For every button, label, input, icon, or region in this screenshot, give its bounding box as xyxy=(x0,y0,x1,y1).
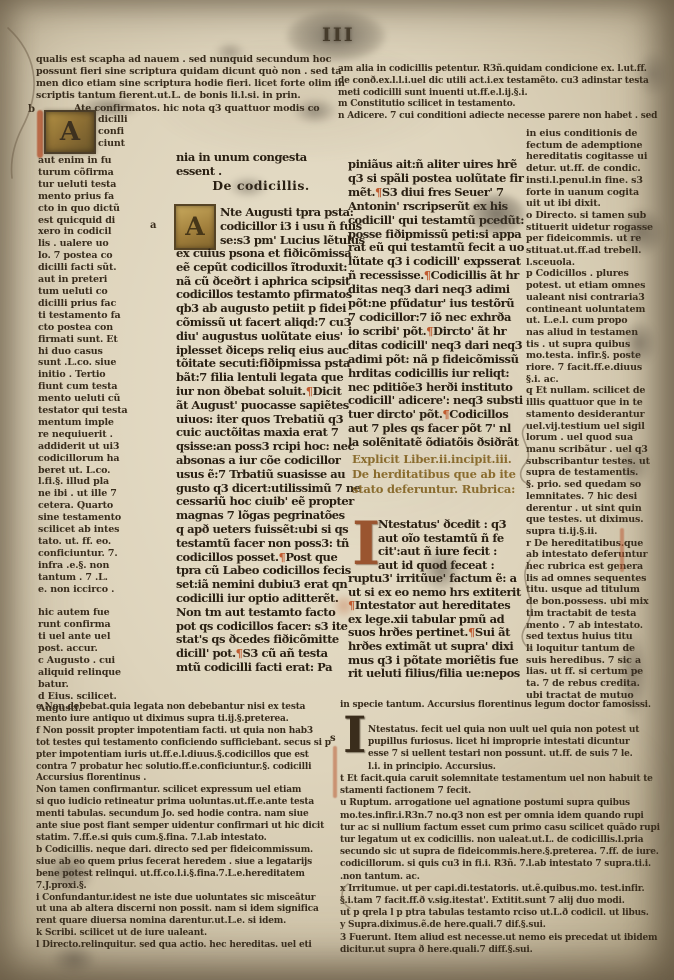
text-line: addiderit ut ui3 xyxy=(38,441,170,453)
text-line: stato deferuntur. Rubrica: xyxy=(352,482,518,497)
manuscript-page: III qualis est scapha ad nauem . sed nun… xyxy=(0,0,674,980)
text-line: derentur . ut sint quin xyxy=(526,503,666,515)
text-line: .non tantum. ac. xyxy=(340,871,666,883)
text-line: i Confundantur.idest ne iste due uolunta… xyxy=(36,893,354,905)
text-line: io scribi' põt.¶Dircto' ãt hr xyxy=(348,325,518,339)
text-line: infra .e.§. non xyxy=(38,560,170,572)
text-line: ut si ex eo nemo hrs extiterit xyxy=(348,586,518,600)
text-line: supra de testamentis. xyxy=(526,467,666,479)
column2-text-top: piniãus ait:ñ aliter uires hrẽq3 si spãl… xyxy=(348,158,518,450)
text-line: detur. ut.ff. de condic. xyxy=(526,163,666,175)
corner-flourish xyxy=(8,28,34,178)
text-line: cessariũ hoc ciuib' eẽ propter xyxy=(176,495,346,509)
text-line: dicilli xyxy=(98,114,127,126)
bottom-right-gloss-indented: Ntestatus. fecit uel quia non uult uel q… xyxy=(340,724,666,773)
text-line: contra 7 probatur hec solutio.ff.e.confi… xyxy=(36,762,354,774)
text-line: la solẽnitatẽ õdiatõis ðsiðrãt xyxy=(348,436,518,450)
text-line: gusto q3 dicert:utilissimũ 7 ne xyxy=(176,482,346,496)
text-line: mentum imple xyxy=(38,417,170,429)
text-line: mẽt.¶S3 diui fres Seuer' 7 xyxy=(348,186,518,200)
text-line: hrðes extimãt ut supra' dixi xyxy=(348,640,518,654)
text-line: e. non iccirco . xyxy=(38,584,170,596)
text-line: ditas neq3 dari neq3 adimi xyxy=(348,283,518,297)
text-line: ti uel ante uel xyxy=(38,631,170,643)
text-line: ut p qrela l p ptra tabulas testamto rci… xyxy=(340,907,666,919)
text-line: de conð.ex.l.l.i.uel dic utili act.i.ex … xyxy=(338,76,668,88)
text-line: 7.J.proxi.§. xyxy=(36,881,354,893)
text-line: aut in preteri xyxy=(38,274,170,286)
top-left-gloss: qualis est scapha ad nauem . sed nunquid… xyxy=(36,54,348,102)
text-line: tur ac si nullium factum esset cum primo… xyxy=(340,822,666,834)
text-line: t Et facit.quia caruit solemnitate testa… xyxy=(340,773,666,785)
text-line: u Ruptum. arrogatione uel agnatione post… xyxy=(340,797,666,809)
text-line: suis heredibus. 7 sic a xyxy=(526,655,666,667)
text-line: esse 7 si uellent testari non possunt. u… xyxy=(368,748,666,760)
text-line: 3 Fuerunt. Item aliud est necesse.ut nem… xyxy=(340,932,666,944)
gloss-wrap-lines: dicilliconficiunt xyxy=(98,114,127,150)
text-line: supra ti.ij.§.ii. xyxy=(526,526,666,538)
text-line: men dico etiam sine scriptura hodie fier… xyxy=(36,78,348,90)
text-line: piniãus ait:ñ aliter uires hrẽ xyxy=(348,158,518,172)
text-line: sine testamento xyxy=(38,512,170,524)
text-line: runt confirma xyxy=(38,619,170,631)
text-line: set:iã nemini dubiu3 erat qn xyxy=(176,578,346,592)
text-line: ante siue post fiant semper uidentur con… xyxy=(36,821,354,833)
text-line: hrditas codicillis iur reliqt: xyxy=(348,367,518,381)
gloss-siglum-a: a xyxy=(150,220,156,231)
text-line: am alia in codicillis petentur. R3ñ.quid… xyxy=(338,64,668,76)
text-line: menti tabulas. secundum Jo. sed hodie co… xyxy=(36,809,354,821)
column1-indented-text: Nte Augusti tpra psta:codicillor i3 i us… xyxy=(176,206,346,247)
text-line: aut 7 ples qs facer põt 7' nl xyxy=(348,422,518,436)
text-line: ti testamento fa xyxy=(38,310,170,322)
red-pen-stroke xyxy=(333,746,337,798)
text-line: Non tm aut testamto facto xyxy=(176,606,346,620)
text-line: põt:ne pfũdatur' ius testõrũ xyxy=(348,297,518,311)
text-line: conficiuntur. 7. xyxy=(38,548,170,560)
text-line: r De hereditatibus.que xyxy=(526,538,666,550)
text-line: fectum de ademptione xyxy=(526,140,666,152)
text-line: pot qs codicillos facer: s3 ite xyxy=(176,620,346,634)
text-line: eẽ cepũt codicillos ĩtroduxit: xyxy=(176,261,346,275)
text-line: ex cuius psona et fiðicõmissa xyxy=(176,247,346,261)
text-line: per fideicommis. ut re xyxy=(526,233,666,245)
text-line: lemnitates. 7 hic desi xyxy=(526,491,666,503)
text-line: pter impotentiam iuris ut.ff.e.l.diuus.§… xyxy=(36,750,354,762)
text-line: sunt .L.co. siue xyxy=(38,357,170,369)
text-line: meti codicilli sunt inuenti ut.ff.e.l.ij… xyxy=(338,88,668,100)
text-line: secundo sic ut supra de fideicommis.here… xyxy=(340,846,666,858)
text-line: rent quare diuersa nomina darentur.ut.L.… xyxy=(36,916,354,928)
bottom-left-gloss: e Non debebat.quia legata non debebantur… xyxy=(36,702,354,952)
text-line: li loquitur tantum de xyxy=(526,643,666,655)
text-line: k Scribi. scilicet ut de iure ualeant. xyxy=(36,928,354,940)
text-line: 7 codicillor:7 iõ nec exhrða xyxy=(348,311,518,325)
text-line: lorum . uel quod sua xyxy=(526,432,666,444)
text-line: que testes. ut diximus. xyxy=(526,514,666,526)
text-line: possunt fieri sine scriptura quidam dicu… xyxy=(36,66,348,78)
text-line: mo.testa. infir.§. poste xyxy=(526,350,666,362)
text-line: mento iure antiquo ut diximus supra ti.i… xyxy=(36,714,354,726)
text-line: confi xyxy=(98,126,127,138)
text-line: qsisse:an poss3 rcipi hoc: nec xyxy=(176,440,346,454)
text-line: subscribantur testes. ut xyxy=(526,456,666,468)
text-line: l.i. in principio. Accursius. xyxy=(368,761,666,773)
right-margin-gloss: in eius conditionis defectum de ademptio… xyxy=(526,128,666,701)
text-line: iur non ðbebat soluit.¶Dicit xyxy=(176,385,346,399)
text-line: ãt August' puocasse sapiẽtes xyxy=(176,399,346,413)
text-line: tum ueluti co xyxy=(38,286,170,298)
text-line: tur ueluti testa xyxy=(38,179,170,191)
text-line: potest. ut etiam omnes xyxy=(526,280,666,292)
column2-text-bottom: ruptu3' irritũue' factum ẽ: aut si ex eo… xyxy=(348,572,518,681)
text-line: o Directo. si tamen sub xyxy=(526,210,666,222)
text-line: riore. 7 facit.ff.e.diuus xyxy=(526,362,666,374)
text-line: nec pditiõe3 herði instituto xyxy=(348,381,518,395)
bottom-right-gloss-intro: in specie tantum. Accursius florentinus … xyxy=(340,700,666,710)
text-line: ut una ab altera discerni non possit. na… xyxy=(36,904,354,916)
text-line: lũtate q3 i codicill' expsserat xyxy=(348,255,518,269)
text-line: fiunt cum testa xyxy=(38,381,170,393)
text-line: hic autem fue xyxy=(38,607,170,619)
text-line: insti.l.penul.in fine. s3 xyxy=(526,175,666,187)
text-line: mus q3 i põtate moriẽtis fue xyxy=(348,654,518,668)
text-line: stituat.ut.ff.ad trebell. xyxy=(526,245,666,257)
text-line: Accursius florentinus . xyxy=(36,773,354,785)
text-line: firmati sunt. Et xyxy=(38,334,170,346)
text-line: initio . Tertio xyxy=(38,369,170,381)
text-line: codicilli iur optio aditterẽt. xyxy=(176,592,346,606)
top-right-gloss: am alia in codicillis petentur. R3ñ.quid… xyxy=(338,64,668,123)
gloss-siglum-s: s xyxy=(330,733,336,744)
text-line: mtũ codicilli facti erat: Pa xyxy=(176,661,346,675)
text-line: testator qui testa xyxy=(38,405,170,417)
text-line: d Eius. scilicet. xyxy=(38,691,170,703)
text-line: absonas a iur cõe codicillor xyxy=(176,454,346,468)
initial-red-bar xyxy=(37,110,43,158)
text-line: ciunt xyxy=(98,138,127,150)
text-line: Explicit Liber.ii.incipit.iii. xyxy=(352,452,518,467)
text-line: rit ueluti filius/filia ue:nepos xyxy=(348,667,518,681)
text-line: Non tamen confirmantur. scilicet express… xyxy=(36,785,354,797)
text-line: mento ueluti cũ xyxy=(38,393,170,405)
text-line: cõmissũ ut facert aliqd:7 cu3 xyxy=(176,316,346,330)
text-line: aut enim in fu xyxy=(38,155,170,167)
text-line xyxy=(38,596,170,608)
text-line: tpra cũ Labeo codicillos fecis xyxy=(176,564,346,578)
text-line: ruptu3' irritũue' factum ẽ: a xyxy=(348,572,518,586)
text-line: tim tractabit de testa xyxy=(526,608,666,620)
text-line: b Codicillis. neque dari. directo sed pe… xyxy=(36,845,354,857)
text-line: mento prius fa xyxy=(38,191,170,203)
text-line: aliquid relinque xyxy=(38,667,170,679)
text-line: codicillorum ha xyxy=(38,453,170,465)
column1-heading: De codicillis. xyxy=(176,178,346,193)
text-line: codicill' qui testamtũ pcedũt: xyxy=(348,214,518,228)
text-line: re nequiuerit . xyxy=(38,429,170,441)
text-line: titu. usque ad titulum xyxy=(526,584,666,596)
text-line: si quo iudicio retineatur prima uoluntas… xyxy=(36,797,354,809)
text-line: qualis est scapha ad nauem . sed nunquid… xyxy=(36,54,348,66)
text-line: stamento desiderantur xyxy=(526,409,666,421)
text-line: forte in uanum cogita xyxy=(526,187,666,199)
text-line: ta. 7 de rebus credita. xyxy=(526,678,666,690)
text-line: scilicet ab intes xyxy=(38,524,170,536)
text-line: ñ recessisse.¶Codicillis ãt hr xyxy=(348,269,518,283)
text-line: contineant uoluntatem xyxy=(526,304,666,316)
text-line: lis . ualere uo xyxy=(38,238,170,250)
text-line: testamtũ facer non poss3: tñ xyxy=(176,537,346,551)
text-line: m Constitutio scilicet in testamento. xyxy=(338,99,668,111)
text-line: l.sceuola. xyxy=(526,257,666,269)
text-line: tuer dircto' põt.¶Codicillos xyxy=(348,408,518,422)
text-line: Ntestatus. fecit uel quia non uult uel q… xyxy=(368,724,666,736)
text-line: posse fiðipmissũ peti:si appa xyxy=(348,228,518,242)
text-line: in eius conditionis de xyxy=(526,128,666,140)
text-line: uit ut ibi dixit. xyxy=(526,198,666,210)
text-line: De herditatibus que ab ite xyxy=(352,467,518,482)
text-line: lias. ut ff. si certum pe xyxy=(526,666,666,678)
text-line: uiuos: iter quos Trebatiũ q3 xyxy=(176,413,346,427)
text-line: ut. L.e.l. cum propo xyxy=(526,315,666,327)
text-line: q apð ueters fuissẽt:ubi si qs xyxy=(176,523,346,537)
column1-text: ex cuius psona et fiðicõmissaeẽ cepũt co… xyxy=(176,247,346,675)
text-line: ex lege.xii tabular pmũ ad xyxy=(348,613,518,627)
text-line: n Adicere. 7 cui conditioni adiecte nece… xyxy=(338,111,668,123)
text-line: codicillor i3 i usu ñ fuis xyxy=(220,220,346,234)
text-line: q3 si spãli postea uolũtate fir xyxy=(348,172,518,186)
text-line: bãt:7 filia lentuli legata que xyxy=(176,371,346,385)
text-line: codicill' adicere': neq3 substi xyxy=(348,394,518,408)
text-line: hi duo casus xyxy=(38,346,170,358)
text-line: stamenti factionem 7 fecit. xyxy=(340,785,666,797)
text-line: usus ẽ:7 Trbatiũ suasisse au xyxy=(176,468,346,482)
text-line: Antonin' rscripserũt ex his xyxy=(348,200,518,214)
text-line: pupillus furiosus. licet hi improprie in… xyxy=(368,736,666,748)
text-line: codicillos testamto pfirmatos xyxy=(176,288,346,302)
text-line: cetera. Quarto xyxy=(38,500,170,512)
text-line: §.i. ac. xyxy=(526,374,666,386)
text-line: nã cũ ðceðrt i aphrica scipsit xyxy=(176,275,346,289)
text-line: adimi põt: nã p fideicõmissũ xyxy=(348,353,518,367)
text-line: ualeant nisi contraria3 xyxy=(526,292,666,304)
text-line: Ntestatus' ðcedit : q3 xyxy=(378,518,518,532)
text-line: c Augusto . cui xyxy=(38,655,170,667)
text-line: statim. 7.ff.e.si quis cum.§.fina. 7.l.a… xyxy=(36,833,354,845)
left-margin-gloss: aut enim in futurum cõfirmatur ueluti te… xyxy=(38,155,170,715)
text-line: beret ut. L.co. xyxy=(38,465,170,477)
text-line: Nte Augusti tpra psta: xyxy=(220,206,346,220)
text-line: tot testes qui testamento conficiendo su… xyxy=(36,738,354,750)
text-line: lo. 7 postea co xyxy=(38,250,170,262)
text-line: stituerit uidetur rogasse xyxy=(526,222,666,234)
text-line: dicilli prius fac xyxy=(38,298,170,310)
text-line: cit':aut ñ iure fecit : xyxy=(378,545,518,559)
text-line: dicill' pot.¶S3 cũ añ testa xyxy=(176,647,346,661)
text-line: de bon.possess. ubi mix xyxy=(526,596,666,608)
text-line: tur legatum ut ex codicillis. non ualeat… xyxy=(340,834,666,846)
text-line: siue ab eo quem prius fecerat heredem . … xyxy=(36,857,354,869)
text-line: q Et nullam. scilicet de xyxy=(526,385,666,397)
text-line: codicillorum. si quis cu3 in fi.i. R3ñ. … xyxy=(340,858,666,870)
text-line: x Irritumue. ut per capi.di.testatoris. … xyxy=(340,883,666,895)
illuminated-initial-a-gloss: A xyxy=(44,110,96,154)
text-line: hec rubrica est genera xyxy=(526,561,666,573)
bottom-right-gloss-text: t Et facit.quia caruit solemnitate testa… xyxy=(340,773,666,956)
text-line: nas aliud in testamen xyxy=(526,327,666,339)
red-pen-stroke xyxy=(620,528,624,572)
text-line: ne ibi . ut ille 7 xyxy=(38,488,170,500)
text-line: ab intestato deferuntur xyxy=(526,549,666,561)
text-line: bene potest relinqui. ut.ff.co.l.i.§.fin… xyxy=(36,869,354,881)
text-line: stat's qs ðcedes fiðicõmitte xyxy=(176,633,346,647)
text-line: illis quattuor que in te xyxy=(526,397,666,409)
text-line: §.i.tam 7 facit.ff.ð v.sig.itestat'. Ext… xyxy=(340,895,666,907)
text-line: qb3 ab augusto petiit p fidei xyxy=(176,302,346,316)
text-line: batur. xyxy=(38,679,170,691)
text-line: l Directo.relinquitur. sed qua actio. he… xyxy=(36,940,354,952)
text-line: ¶Intestator aut hereditates xyxy=(348,599,518,613)
text-line: tato. ut. ff. eo. xyxy=(38,536,170,548)
text-line: lis ad omnes sequentes xyxy=(526,573,666,585)
text-line: tõitate secuti:fiðipmissa psta xyxy=(176,357,346,371)
text-line: hereditatis cogitasse ui xyxy=(526,151,666,163)
text-line: y Supra.diximus.ẽ.de here.quali.7 dif.§.… xyxy=(340,919,666,931)
text-line: tantum . 7 .L. xyxy=(38,572,170,584)
text-line: cto postea con xyxy=(38,322,170,334)
folio-number: III xyxy=(322,24,355,46)
gloss-siglum-b: b xyxy=(28,104,35,115)
text-line: uel.vij.testium uel sigil xyxy=(526,421,666,433)
text-line: codicillos posset.¶Post que xyxy=(176,551,346,565)
text-line: manu scribãtur . uel q3 xyxy=(526,444,666,456)
text-line: scriptis tantum fierent.ut.L. de bonis l… xyxy=(36,90,348,102)
text-line: l.fi.§. illud pla xyxy=(38,476,170,488)
text-line: tis . ut supra quibus xyxy=(526,339,666,351)
column2-indented-text: Ntestatus' ðcedit : q3aut oĩo testamtũ ñ… xyxy=(348,518,518,572)
text-line: §. prio. sed quedam so xyxy=(526,479,666,491)
text-line: diu' augustus uolũtate eius' xyxy=(176,330,346,344)
text-line: mento . 7 ab intestato. xyxy=(526,620,666,632)
text-line: mo.tes.infir.i.R3n.7 no.q3 non est per o… xyxy=(340,810,666,822)
text-line: iplesset ðiceps reliq eius auc xyxy=(176,344,346,358)
text-line: rat eũ qui testamtũ fecit a uo xyxy=(348,241,518,255)
column1-opening-line: nia in unum congesta essent . xyxy=(176,150,346,178)
text-line: suos hrðes pertinet.¶Sui ãt xyxy=(348,626,518,640)
text-line: sed textus huius titu xyxy=(526,631,666,643)
text-line: dicitur.ut supra ð here.quali.7 diff.§.s… xyxy=(340,944,666,956)
text-line: ditas codicill' neq3 dari neq3 xyxy=(348,339,518,353)
text-line: magnas 7 lõgas pegrinatões xyxy=(176,509,346,523)
text-line: aut oĩo testamtũ ñ fe xyxy=(378,532,518,546)
text-line: cuic auctõitas maxia erat 7 xyxy=(176,426,346,440)
text-line: dicilli facti sũt. xyxy=(38,262,170,274)
text-line: turum cõfirma xyxy=(38,167,170,179)
column2-rubric: Explicit Liber.ii.incipit.iii.De herdita… xyxy=(352,452,518,498)
text-line: post. accur. xyxy=(38,643,170,655)
text-line: f Non possit propter impotentiam facti. … xyxy=(36,726,354,738)
text-line: e Non debebat.quia legata non debebantur… xyxy=(36,702,354,714)
text-line: cto in quo dictũ xyxy=(38,203,170,215)
text-line: p Codicillos . plures xyxy=(526,268,666,280)
